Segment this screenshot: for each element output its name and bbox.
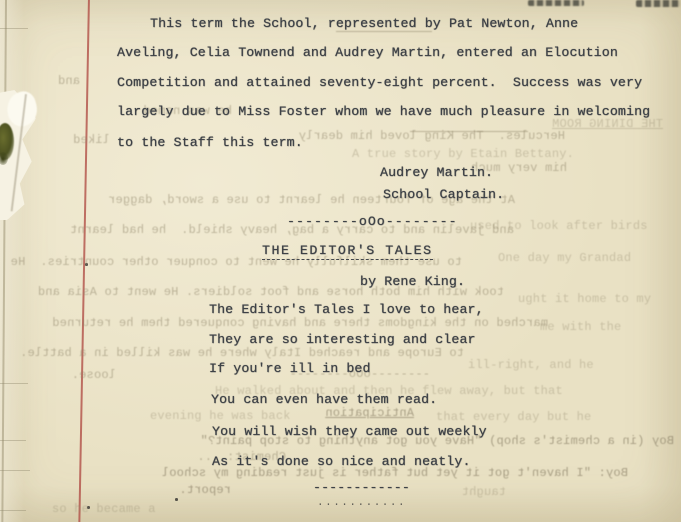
article-byline: by Rene King. (360, 274, 465, 289)
paragraph-line: This term the School, represented by Pat… (150, 16, 578, 31)
ruled-line (0, 470, 30, 471)
bleed-fragment: and (28, 74, 80, 88)
ruled-line (0, 383, 28, 384)
bleed-fragment: me with the (540, 320, 660, 334)
poem-line: The Editor's Tales I love to hear, (209, 302, 484, 317)
bleed-fragment: Anticipation (314, 406, 414, 420)
ink-smudge (528, 0, 584, 6)
poem-line: If you're ill in bed (209, 361, 371, 376)
bleed-fragment: to Europe and reached Italy where he was… (22, 346, 464, 360)
scanned-document-page: THE DINING ROOM Hercules. The King loved… (0, 0, 681, 522)
bleed-fragment: liked (30, 133, 110, 147)
poem-line: You will wish they came out weekly (212, 424, 487, 439)
bleed-fragment: One day my Grandad (498, 251, 680, 265)
ruled-line (0, 28, 28, 29)
ruled-line (0, 440, 26, 441)
signature-role: School Captain. (383, 187, 504, 202)
ink-speck (175, 498, 178, 501)
bleed-underline (336, 31, 432, 32)
ruled-line (0, 510, 26, 511)
end-divider-dashes: ------------ (313, 480, 410, 495)
end-divider-dots: ........... (317, 496, 406, 511)
paragraph-line: Aveling, Celia Townend and Audrey Martin… (117, 45, 618, 60)
bleed-fragment: that every day but he (436, 410, 676, 424)
paragraph-line: to the Staff this term. (117, 135, 303, 150)
bleed-fragment: marched on the kingdoms there and having… (0, 316, 548, 330)
bleed-fragment: A true story by Etain Bettany. (352, 147, 652, 161)
section-divider-ooo: --------oOo-------- (287, 214, 458, 229)
bleed-fragment: loose. (36, 368, 116, 382)
ink-smudge (636, 0, 680, 7)
paragraph-line: Competition and attained seventy-eight p… (117, 75, 642, 90)
article-title: THE EDITOR'S TALES (262, 243, 433, 260)
paragraph-line: largely due to Miss Foster whom we have … (117, 104, 650, 119)
bleed-fragment: so he became a (52, 502, 267, 516)
poem-line: As it's done so nice and neatly. (212, 454, 471, 469)
signature-name: Audrey Martin. (380, 165, 493, 180)
bleed-fragment: ill-right, and he (468, 358, 663, 372)
bleed-fragment: report. (126, 483, 231, 497)
poem-line: They are so interesting and clear (209, 332, 476, 347)
bleed-fragment: ught it home to my (518, 292, 680, 306)
poem-line: You can even have them read. (211, 392, 437, 407)
